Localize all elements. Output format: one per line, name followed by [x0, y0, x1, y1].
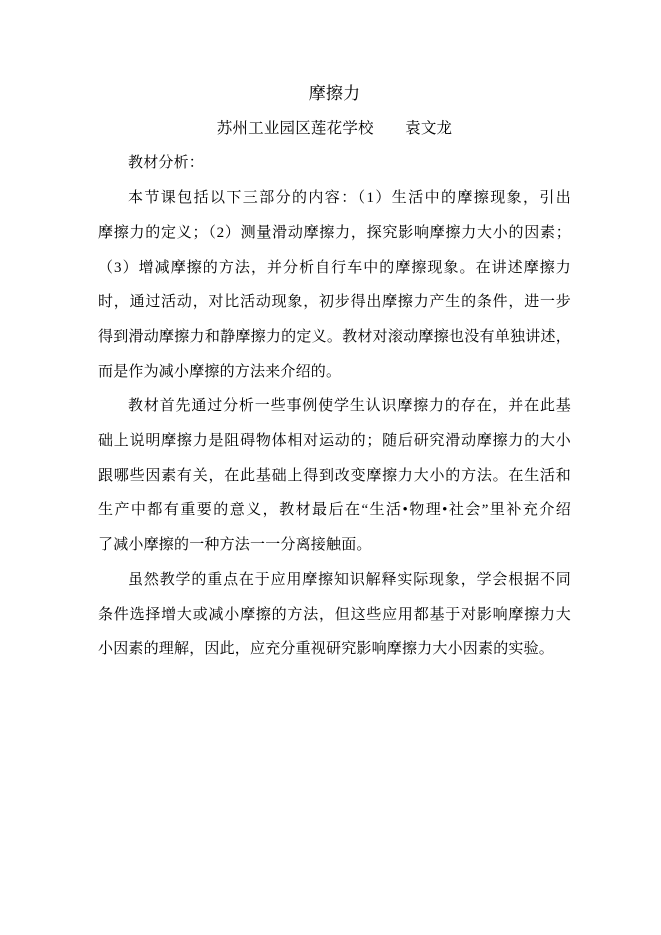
document-page: 摩擦力 苏州工业园区莲花学校 袁文龙 教材分析： 本节课包括以下三部分的内容：（…	[0, 0, 661, 935]
paragraphs: 本节课包括以下三部分的内容：（1）生活中的摩擦现象，引出摩擦力的定义；（2）测量…	[98, 181, 571, 667]
text-line: 础上说明摩擦力是阻碍物体相对运动的；随后研究滑动摩擦力的大小	[98, 424, 571, 459]
text-line: 了减小摩擦的一种方法一一分离接触面。	[98, 528, 571, 563]
section-heading: 教材分析：	[98, 146, 571, 181]
text-line: 本节课包括以下三部分的内容：（1）生活中的摩擦现象，引出	[98, 181, 571, 216]
text-line: 得到滑动摩擦力和静摩擦力的定义。教材对滚动摩擦也没有单独讲述，	[98, 320, 571, 355]
text-line: 摩擦力的定义；（2）测量滑动摩擦力，探究影响摩擦力大小的因素；	[98, 216, 571, 251]
document-content: 摩擦力 苏州工业园区莲花学校 袁文龙 教材分析： 本节课包括以下三部分的内容：（…	[98, 77, 571, 667]
text-line: 教材首先通过分析一些事例使学生认识摩擦力的存在，并在此基	[98, 389, 571, 424]
text-line: 时，通过活动，对比活动现象，初步得出摩擦力产生的条件，进一步	[98, 285, 571, 320]
text-line: 生产中都有重要的意义，教材最后在“生活•物理•社会”里补充介绍	[98, 493, 571, 528]
text-line: 条件选择增大或减小摩擦的方法，但这些应用都基于对影响摩擦力大	[98, 598, 571, 633]
document-title: 摩擦力	[98, 77, 571, 112]
text-line: 跟哪些因素有关，在此基础上得到改变摩擦力大小的方法。在生活和	[98, 459, 571, 494]
text-line: （3）增减摩擦的方法，并分析自行车中的摩擦现象。在讲述摩擦力	[98, 251, 571, 286]
text-line: 虽然教学的重点在于应用摩擦知识解释实际现象，学会根据不同	[98, 563, 571, 598]
byline: 苏州工业园区莲花学校 袁文龙	[98, 112, 571, 147]
text-line: 小因素的理解，因此，应充分重视研究影响摩擦力大小因素的实验。	[98, 632, 571, 667]
text-line: 而是作为减小摩擦的方法来介绍的。	[98, 355, 571, 390]
